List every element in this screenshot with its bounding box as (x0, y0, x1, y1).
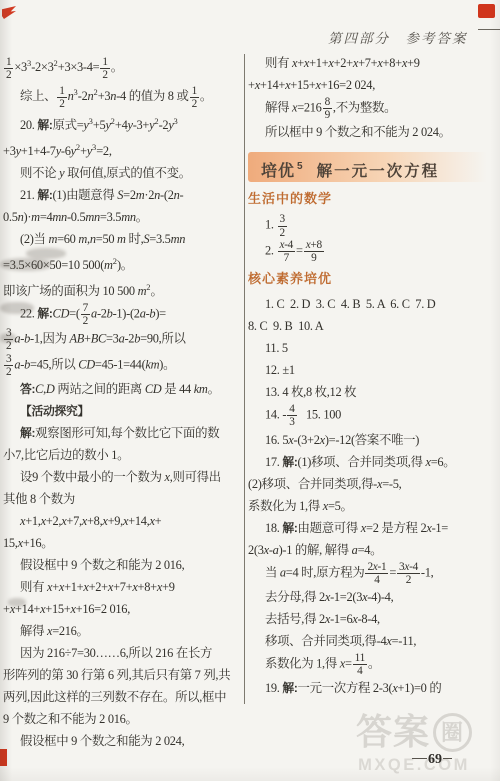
text-line: 15,x+16。 (3, 532, 242, 554)
fraction: 12 (190, 85, 199, 110)
text-line: 假设框中 9 个数之和能为 2 016, (3, 554, 242, 576)
fraction: 12 (57, 85, 66, 110)
text-line: 32a-b=45,所以 CD=45-1=44(km)。 (3, 353, 242, 378)
fraction: 89 (323, 96, 332, 121)
fraction: 2x-14 (365, 561, 388, 586)
section-subheading: 生活中的数学 (248, 187, 497, 211)
text-line: +x+14+x+15+x+16=2 016, (3, 598, 242, 620)
text-line: 20. 解:原式=y3+5y2+4y-3+y2-2y3 (3, 110, 242, 136)
corner-mark-top-left (2, 6, 16, 19)
fraction: 114 (353, 652, 367, 677)
text-line: 18. 解:由题意可得 x=2 是方程 2x-1= (248, 517, 497, 539)
text-line: 14. -43 15. 100 (248, 403, 497, 428)
fraction: 3x-42 (397, 561, 420, 586)
section-subheading: 核心素养培优 (248, 267, 497, 291)
text-line: 形阵列的第 30 行第 6 列,其后只有第 7 列,共 (3, 664, 242, 686)
text-line: 综上、12n3-2n2+3n-4 的值为 8 或12。 (3, 81, 242, 110)
text-line: 解得 x=216。 (3, 620, 242, 642)
text-line: +x+14+x+15+x+16=2 024, (248, 74, 497, 96)
text-line: 则不论 y 取何值,原式的值不变。 (3, 162, 242, 184)
page-header: 第四部分 参考答案 (328, 27, 500, 47)
text-line: 则有 x+x+1+x+2+x+7+x+8+x+9 (248, 52, 497, 74)
text-line: 2. x-47=x+89 (248, 239, 497, 264)
text-line: 1. 32 (248, 213, 497, 238)
text-line: 其他 8 个数为 (3, 488, 242, 510)
text-line: 系数化为 1,得 x=5。 (248, 495, 497, 517)
text-line: 17. 解:(1)移项、合并同类项,得 x=6。 (248, 451, 497, 473)
text-line: 21. 解:(1)由题意得 S=2m·2n-(2n- (3, 184, 242, 206)
corner-mark-bottom-left (0, 749, 7, 766)
text-line: 【活动探究】 (3, 400, 242, 422)
text-line: 11. 5 (248, 337, 497, 359)
text-line: 0.5n)·m=4mn-0.5mn=3.5mn。 (3, 206, 242, 228)
text-line: 16. 5x-(3+2x)=-12(答案不唯一) (248, 429, 497, 451)
content-columns: 12×33-2×32+3×3-4=12。综上、12n3-2n2+3n-4 的值为… (3, 52, 497, 752)
text-line: 12. ±1 (248, 359, 497, 381)
text-line: 22. 解:CD=(72a-2b-1)-(2a-b)= (3, 302, 242, 327)
text-line: (2)当 m=60 m,n=50 m 时,S=3.5mn (3, 228, 242, 250)
text-line: 因为 216÷7=30……6,所以 216 在长方 (3, 642, 242, 664)
page-number: 69 (412, 752, 452, 768)
text-line: 则有 x+x+1+x+2+x+7+x+8+x+9 (3, 576, 242, 598)
text-line: 1. C 2. D 3. C 4. B 5. A 6. C 7. D (248, 293, 497, 315)
text-line: 系数化为 1,得 x=114。 (248, 652, 497, 677)
text-line: (2)移项、合并同类项,得-x=-5, (248, 473, 497, 495)
text-line: 移项、合并同类项,得-4x=-11, (248, 630, 497, 652)
text-line: 13. 4 枚,8 枚,12 枚 (248, 381, 497, 403)
text-line: 两列,因此这样的三列数不存在。所以,框中 (3, 686, 242, 708)
fraction: 12 (4, 56, 13, 81)
header-bracket-icon (478, 29, 500, 38)
text-line: 答:C,D 两站之间的距离 CD 是 44 km。 (3, 378, 242, 400)
corner-mark-top-right (478, 4, 495, 18)
text-line: x+1,x+2,x+7,x+8,x+9,x+14,x+ (3, 510, 242, 532)
text-line: 去括号,得 2x-1=6x-8-4, (248, 608, 497, 630)
text-line: 9 个数之和不能为 2 016。 (3, 708, 242, 730)
text-line: 解:观察图形可知,每个数比它下面的数 (3, 422, 242, 444)
text-line: 去分母,得 2x-1=2(3x-4)-4, (248, 586, 497, 608)
text-line: 12×33-2×32+3×3-4=12。 (3, 52, 242, 81)
text-line: 假设框中 9 个数之和能为 2 024, (3, 730, 242, 752)
text-line: =3.5×60×50=10 500(m2)。 (3, 250, 242, 276)
text-line: 当 a=4 时,原方程为2x-14=3x-42-1, (248, 561, 497, 586)
text-line: 设9 个数中最小的一个数为 x,则可得出 (3, 466, 242, 488)
text-line: 解得 x=21689,不为整数。 (248, 96, 497, 121)
fraction: 43 (287, 403, 296, 428)
fraction: 12 (100, 56, 109, 81)
fraction: x-47 (278, 239, 296, 264)
fraction: 32 (4, 353, 13, 378)
text-line: 即该广场的面积为 10 500 m2。 (3, 276, 242, 302)
text-line: 19. 解:一元一次方程 2-3(x+1)=0 的 (248, 677, 497, 699)
column-divider (244, 54, 245, 704)
right-column: 则有 x+x+1+x+2+x+7+x+8+x+9+x+14+x+15+x+16=… (248, 52, 497, 699)
text-line: 所以框中 9 个数之和不能为 2 024。 (248, 121, 497, 143)
text-line: 小7,比它后边的数小 1。 (3, 444, 242, 466)
text-line: +3y+1+4-7y-6y2+y3=2, (3, 136, 242, 162)
fraction: 72 (81, 302, 90, 327)
unit-banner: 培优5解一元一次方程 (248, 152, 497, 182)
fraction: 32 (278, 213, 287, 238)
header-title: 第四部分 参考答案 (328, 31, 468, 46)
text-line: 2(3x-a)-1 的解, 解得 a=4。 (248, 539, 497, 561)
fraction: x+89 (304, 239, 324, 264)
fraction: 32 (4, 327, 13, 352)
text-line: 32a-b-1,因为 AB+BC=3a-2b=90,所以 (3, 327, 242, 352)
left-column: 12×33-2×32+3×3-4=12。综上、12n3-2n2+3n-4 的值为… (3, 52, 242, 752)
text-line: 8. C 9. B 10. A (248, 315, 497, 337)
